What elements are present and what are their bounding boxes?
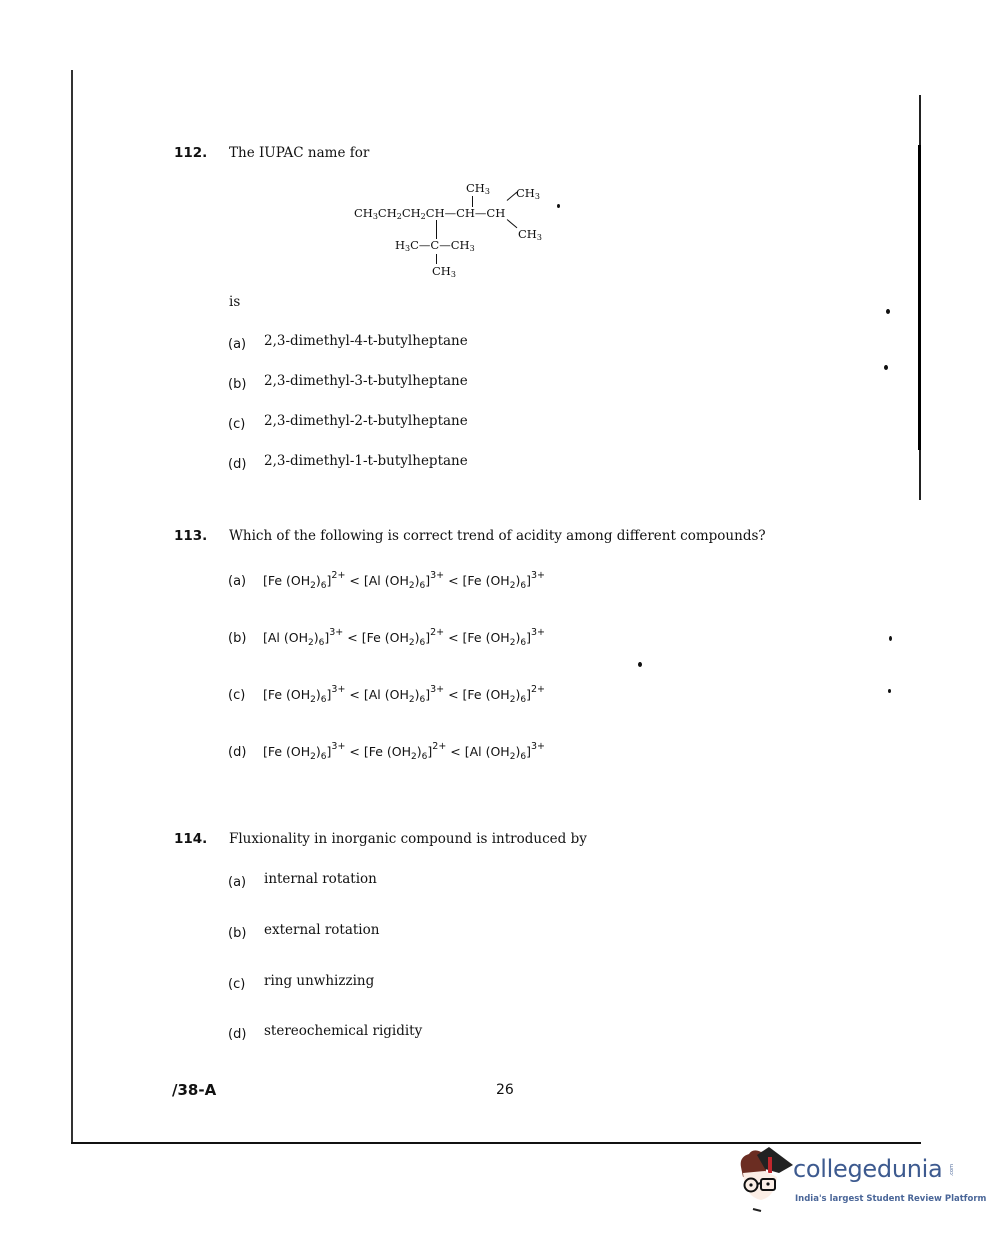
option-b[interactable]: (b) external rotation [228, 922, 246, 941]
option-formula: [Al (OH2)6]3+ < [Fe (OH2)6]2+ < [Fe (OH2… [263, 627, 545, 648]
scan-speck [889, 636, 892, 641]
option-c[interactable]: (c) [Fe (OH2)6]3+ < [Al (OH2)6]3+ < [Fe … [228, 684, 245, 703]
page-border-right-heavy [918, 145, 921, 450]
complex-ion: [Al (OH2)6]3+ [364, 573, 444, 588]
option-a[interactable]: (a) internal rotation [228, 871, 246, 890]
option-text: ring unwhizzing [264, 973, 374, 989]
option-text: 2,3-dimethyl-2-t-butylheptane [264, 413, 468, 429]
brand-name: collegedunia [793, 1155, 942, 1183]
tbutyl-row: H3C—C—CH3 [395, 238, 475, 253]
brand-tagline: India's largest Student Review Platform [795, 1194, 986, 1204]
collegedunia-logo[interactable]: collegedunia .com India's largest Studen… [735, 1145, 975, 1220]
option-a[interactable]: (a) 2,3-dimethyl-4-t-butylheptane [228, 333, 246, 352]
complex-ion: [Al (OH2)6]3+ [364, 687, 444, 702]
question-stem: Which of the following is correct trend … [229, 528, 766, 544]
option-label: (a) [228, 574, 246, 589]
page-border-bottom [71, 1142, 921, 1144]
bond-vertical [436, 220, 437, 239]
option-d[interactable]: (d) stereochemical rigidity [228, 1023, 246, 1042]
option-label: (c) [228, 977, 245, 992]
option-label: (b) [228, 377, 246, 392]
option-text: 2,3-dimethyl-4-t-butylheptane [264, 333, 468, 349]
complex-ion: [Fe (OH2)6]3+ [263, 744, 345, 759]
option-label: (b) [228, 926, 246, 941]
complex-ion: [Fe (OH2)6]3+ [463, 630, 545, 645]
option-label: (d) [228, 745, 246, 760]
mascot-icon [735, 1145, 797, 1220]
scan-speck [886, 309, 890, 314]
option-text: internal rotation [264, 871, 377, 887]
complex-ion: [Al (OH2)6]3+ [263, 630, 343, 645]
option-label: (a) [228, 337, 246, 352]
option-label: (b) [228, 631, 246, 646]
chemical-structure: CH3 CH3 CH3CH2CH2CH—CH—CH CH3 H3C—C—CH3 … [350, 178, 570, 283]
page-number: 26 [496, 1082, 514, 1098]
scan-speck [888, 689, 891, 693]
tbutyl-methyl-bottom: CH3 [432, 264, 456, 279]
option-d[interactable]: (d) [Fe (OH2)6]3+ < [Fe (OH2)6]2+ < [Al … [228, 741, 246, 760]
main-chain: CH3CH2CH2CH—CH—CH [354, 206, 505, 221]
complex-ion: [Fe (OH2)6]2+ [362, 630, 444, 645]
methyl-top: CH3 [466, 181, 490, 196]
option-formula: [Fe (OH2)6]3+ < [Al (OH2)6]3+ < [Fe (OH2… [263, 684, 545, 705]
option-c[interactable]: (c) 2,3-dimethyl-2-t-butylheptane [228, 413, 245, 432]
option-label: (a) [228, 875, 246, 890]
scan-speck [884, 365, 888, 370]
bond-diagonal [507, 219, 518, 228]
question-number: 114. [174, 831, 207, 847]
option-label: (d) [228, 1027, 246, 1042]
question-stem: Fluxionality in inorganic compound is in… [229, 831, 587, 847]
option-label: (d) [228, 457, 246, 472]
option-text: external rotation [264, 922, 379, 938]
question-stem-suffix: is [229, 294, 240, 310]
complex-ion: [Fe (OH2)6]2+ [463, 687, 545, 702]
complex-ion: [Fe (OH2)6]2+ [263, 573, 345, 588]
option-b[interactable]: (b) 2,3-dimethyl-3-t-butylheptane [228, 373, 246, 392]
option-a[interactable]: (a) [Fe (OH2)6]2+ < [Al (OH2)6]3+ < [Fe … [228, 570, 246, 589]
option-label: (c) [228, 417, 245, 432]
paper-code: /38-A [172, 1081, 216, 1099]
isopropyl-methyl-top: CH3 [516, 186, 540, 201]
scan-speck [638, 662, 642, 667]
option-text: 2,3-dimethyl-3-t-butylheptane [264, 373, 468, 389]
question-stem: The IUPAC name for [229, 145, 369, 161]
option-c[interactable]: (c) ring unwhizzing [228, 973, 245, 992]
option-formula: [Fe (OH2)6]2+ < [Al (OH2)6]3+ < [Fe (OH2… [263, 570, 545, 591]
bond-vertical [436, 254, 437, 264]
option-b[interactable]: (b) [Al (OH2)6]3+ < [Fe (OH2)6]2+ < [Fe … [228, 627, 246, 646]
option-label: (c) [228, 688, 245, 703]
option-text: stereochemical rigidity [264, 1023, 422, 1039]
complex-ion: [Fe (OH2)6]3+ [263, 687, 345, 702]
option-d[interactable]: (d) 2,3-dimethyl-1-t-butylheptane [228, 453, 246, 472]
question-number: 113. [174, 528, 207, 544]
option-formula: [Fe (OH2)6]3+ < [Fe (OH2)6]2+ < [Al (OH2… [263, 741, 545, 762]
isopropyl-methyl-bottom: CH3 [518, 227, 542, 242]
complex-ion: [Fe (OH2)6]3+ [463, 573, 545, 588]
question-number: 112. [174, 145, 207, 161]
brand-domain-suffix: .com [949, 1164, 955, 1176]
complex-ion: [Fe (OH2)6]2+ [364, 744, 446, 759]
complex-ion: [Al (OH2)6]3+ [465, 744, 545, 759]
option-text: 2,3-dimethyl-1-t-butylheptane [264, 453, 468, 469]
page-border-left [71, 70, 73, 1143]
